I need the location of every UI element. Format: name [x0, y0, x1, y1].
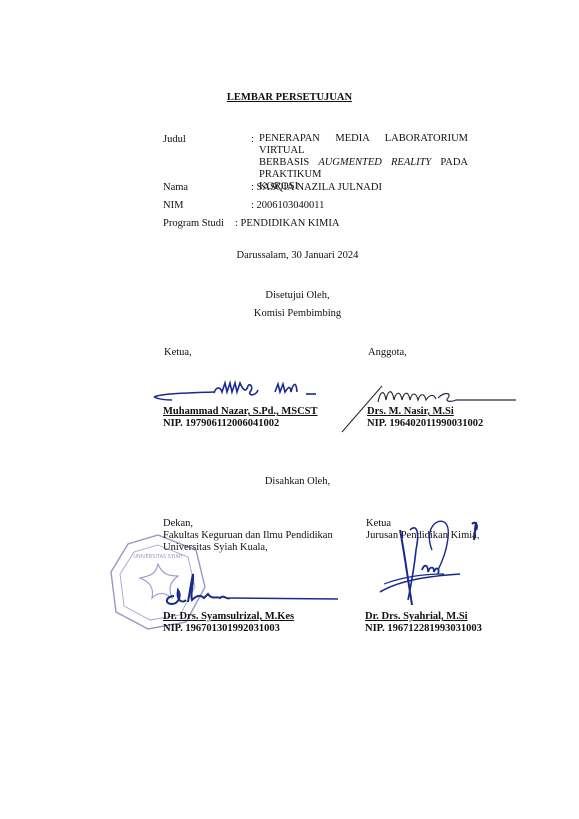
place-date: Darussalam, 30 Januari 2024: [8, 249, 579, 262]
prodi-value: : PENDIDIKAN KIMIA: [235, 217, 339, 230]
signature-supervisor1: [150, 370, 350, 410]
judul-label: Judul: [163, 133, 186, 146]
approved-by: Disetujui Oleh,: [8, 289, 579, 302]
prodi-label: Program Studi: [163, 217, 224, 230]
page-title: LEMBAR PERSETUJUAN: [0, 92, 579, 103]
nama-label: Nama: [163, 181, 188, 194]
ketua-label: Ketua,: [164, 346, 192, 359]
nim-value: : 2006103040011: [251, 199, 324, 212]
committee-label: Komisi Pembimbing: [8, 307, 579, 320]
svg-text:UNIVERSITAS SYIAH: UNIVERSITAS SYIAH: [133, 554, 183, 560]
signature-head: [360, 510, 490, 610]
head-nip: NIP. 196712281993031003: [365, 622, 482, 635]
judul-colon: :: [251, 133, 254, 146]
signature-dean: [160, 570, 340, 610]
judul-line-2: BERBASIS AUGMENTED REALITY PADA PRAKTIKU…: [259, 157, 468, 181]
supervisor1-nip: NIP. 197906112006041002: [163, 417, 279, 430]
judul-line-1: PENERAPAN MEDIA LABORATORIUM VIRTUAL: [259, 133, 468, 157]
dean-role-3: Universitas Syiah Kuala,: [163, 541, 268, 554]
dean-nip: NIP. 196701301992031003: [163, 622, 280, 635]
anggota-label: Anggota,: [368, 346, 407, 359]
nama-value: : SASQIA NAZILA JULNADI: [251, 181, 382, 194]
supervisor2-nip: NIP. 196402011990031002: [367, 417, 483, 430]
ratified-by: Disahkan Oleh,: [8, 475, 579, 488]
nim-label: NIM: [163, 199, 183, 212]
